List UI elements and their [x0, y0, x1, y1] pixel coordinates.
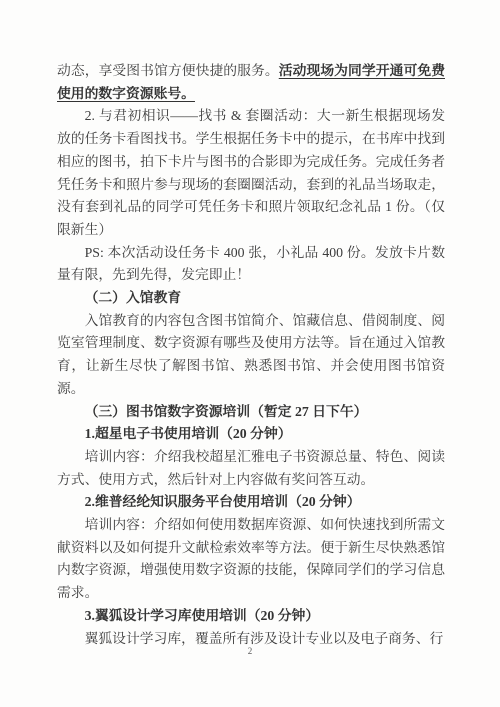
page-number: 2 [0, 646, 500, 656]
paragraph-admission-education-content: 入馆教育的内容包含图书馆简介、馆藏信息、借阅制度、阅览室管理制度、数字资源有哪些… [57, 310, 445, 401]
heading-section-two-admission-education: （二）入馆教育 [57, 287, 445, 310]
paragraph-training-2-content: 培训内容：介绍如何使用数据库资源、如何快速找到所需文献资料以及如何提升文献检索效… [57, 514, 445, 605]
document-body: 动态，享受图书馆方便快捷的服务。活动现场为同学开通可免费使用的数字资源账号。 2… [57, 60, 445, 650]
text-run: 动态，享受图书馆方便快捷的服务。 [57, 63, 279, 78]
document-page: 动态，享受图书馆方便快捷的服务。活动现场为同学开通可免费使用的数字资源账号。 2… [0, 0, 500, 707]
paragraph-continuation: 动态，享受图书馆方便快捷的服务。活动现场为同学开通可免费使用的数字资源账号。 [57, 60, 445, 105]
heading-training-3-yihu-design-library: 3.翼狐设计学习库使用培训（20 分钟） [57, 605, 445, 628]
heading-section-three-digital-resource-training: （三）图书馆数字资源培训（暂定 27 日下午） [57, 401, 445, 424]
heading-training-1-chaoxing-ebook: 1.超星电子书使用培训（20 分钟） [57, 423, 445, 446]
heading-training-2-weipu-platform: 2.维普经纶知识服务平台使用培训（20 分钟） [57, 491, 445, 514]
paragraph-ps-note: PS: 本次活动设任务卡 400 张，小礼品 400 份。发放卡片数量有限，先到… [57, 242, 445, 287]
paragraph-training-1-content: 培训内容：介绍我校超星汇雅电子书资源总量、特色、阅读方式、使用方式，然后针对上内… [57, 446, 445, 491]
paragraph-find-book-activity: 2. 与君初相识——找书 & 套圈活动：大一新生根据现场发放的任务卡看图找书。学… [57, 105, 445, 241]
